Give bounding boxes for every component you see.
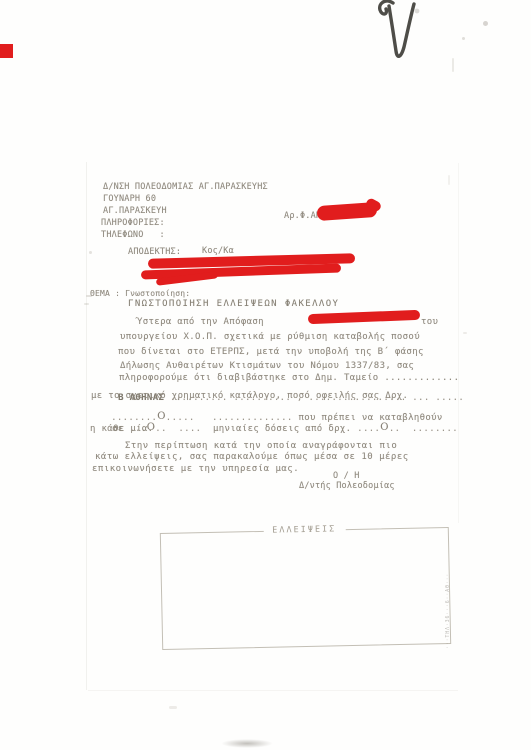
paper-speck <box>462 37 465 40</box>
dotted-line: .. .... <box>155 424 213 434</box>
paper-speck <box>452 58 454 72</box>
body-line-1: Ύστερα από την Απόφαση <box>137 317 264 327</box>
paper-edge-line <box>88 690 458 691</box>
body-line-9-mid: μηνιαίες δόσεις από δρχ. <box>213 424 357 434</box>
paper-speck <box>483 21 488 26</box>
body-line-5: πληροφορούμε ότι διαβιβάστηκε στο Δημ. Τ… <box>119 373 459 383</box>
deficiencies-box-title: ΕΛΛΕΙΨΕΙΣ <box>263 524 345 536</box>
letterhead-city: ΑΓ.ΠΑΡΑΣΚΕΥΗ <box>103 206 167 216</box>
signature-title: Δ/ντής Πολεοδομίας <box>299 481 395 491</box>
deficiencies-box: ΕΛΛΕΙΨΕΙΣ <box>160 527 451 650</box>
body-line-4: Δήλωσης Αυθαιρέτων Κτισμάτων του Νόμου 1… <box>120 361 414 371</box>
phone-label: ΤΗΛΕΦΩΝΟ : <box>101 230 165 240</box>
redaction-decision-number <box>308 310 420 324</box>
info-label: ΠΛΗΡΟΦΟΡΙΕΣ: <box>101 218 165 228</box>
body-line-3: που δίνεται στο ΕΤΕΡΠΣ, μετά την υποβολή… <box>118 347 424 357</box>
recipient-label: ΑΠΟΔΕΚΤΗΣ: <box>128 247 181 257</box>
paper-speck <box>89 251 92 254</box>
recipient-salutation: Κος/Κα <box>202 246 234 256</box>
paper-speck <box>448 175 450 185</box>
installment-amount-fill-in: Ο <box>380 422 389 433</box>
dotted-line: .. ........ <box>389 424 458 434</box>
paper-edge-line <box>458 163 459 523</box>
pen-scribble-mark <box>352 0 427 70</box>
red-marker-square <box>0 44 13 58</box>
closing-line-3: επικοινωνήσετε με την υπηρεσία μας. <box>92 464 299 474</box>
dotted-line: .... <box>357 424 380 434</box>
scanned-document-page: Δ/ΝΣΗ ΠΟΛΕΟΔΟΜΙΑΣ ΑΓ.ΠΑΡΑΣΚΕΥΗΣ ΓΟΥΝΑΡΗ … <box>0 0 531 750</box>
body-line-1-end: του <box>421 317 438 327</box>
body-line-10: η κάθε μία. <box>90 424 153 434</box>
bottom-smudge <box>221 739 273 748</box>
letterhead-street: ΓΟΥΝΑΡΗ 60 <box>103 194 156 204</box>
paper-edge-line <box>86 162 87 690</box>
body-line-2: υπουργείου Χ.Ο.Π. σχετικά με ρύθμιση κατ… <box>120 332 420 342</box>
subject-label: ΘΕΜΑ : Γνωστοποίηση: <box>90 289 190 298</box>
printer-mark-vertical-text: ···ΤΗΛ·36···6··ΑΘ··· <box>445 563 451 649</box>
body-line-7: με το σχετικό χρηματικό κατάλογο, ποσό ο… <box>91 391 408 401</box>
signature-salutation: Ο / Η <box>333 471 360 481</box>
closing-line-2: κάτω ελλείψεις, σας παρακαλούμε όπως μέσ… <box>95 452 409 462</box>
paper-speck <box>463 332 467 334</box>
letterhead-office: Δ/ΝΣΗ ΠΟΛΕΟΔΟΜΙΑΣ ΑΓ.ΠΑΡΑΣΚΕΥΗΣ <box>103 182 268 192</box>
subject-title: ΓΝΩΣΤΟΠΟΙΗΣΗ ΕΛΛΕΙΨΕΩΝ ΦΑΚΕΛΛΟΥ <box>128 299 339 309</box>
closing-line-1: Στην περίπτωση κατά την οποία αναγράφοντ… <box>125 441 397 451</box>
paper-speck <box>169 706 177 709</box>
